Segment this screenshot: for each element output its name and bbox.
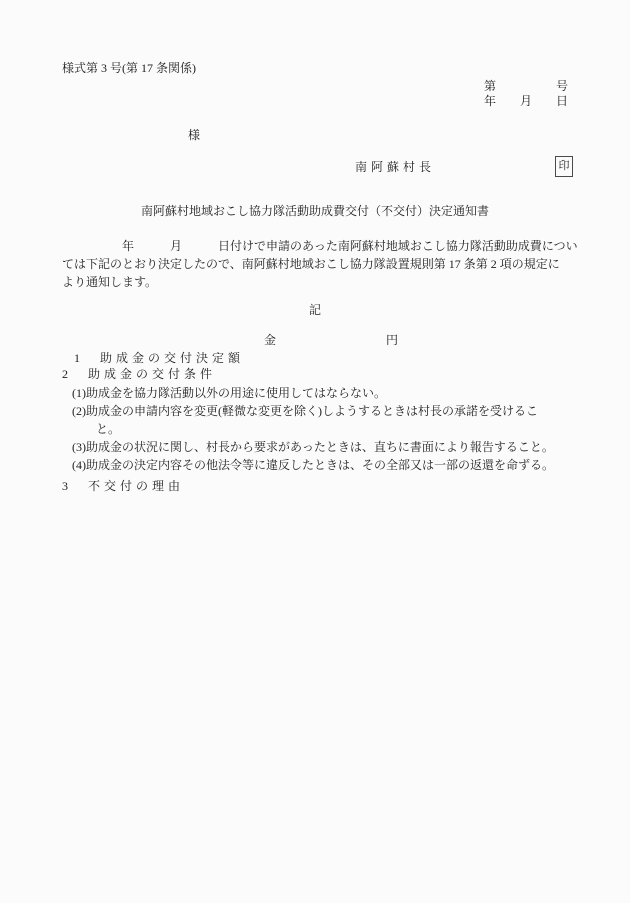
condition-line-4: (4)助成金の決定内容その他法令等に違反したときは、その全部又は一部の返還を命ず… xyxy=(72,456,554,474)
condition-line-2: (2)助成金の申請内容を変更(軽微な変更を除く)しようするときは村長の承諾を受け… xyxy=(72,402,538,420)
sender-name: 南阿蘇村長 xyxy=(355,158,435,176)
seal-mark: 印 xyxy=(555,156,573,177)
condition-line-3: (3)助成金の状況に関し、村長から要求があったときは、直ちに書面により報告するこ… xyxy=(72,438,554,456)
amount-unit: 円 xyxy=(386,331,398,349)
body-paragraph-line-1: 年 月 日付けで申請のあった南阿蘇村地域おこし協力隊活動助成費につい xyxy=(62,237,578,255)
section-2-heading: 2 助成金の交付条件 xyxy=(62,365,216,383)
document-number-line: 第 号 xyxy=(484,79,568,93)
body-paragraph-line-3: より通知します。 xyxy=(62,273,157,291)
section-1-heading: 1 助成金の交付決定額 xyxy=(74,351,244,365)
section-3-heading: 3 不交付の理由 xyxy=(62,477,184,495)
document-title: 南阿蘇村地域おこし協力隊活動助成費交付（不交付）決定通知書 xyxy=(0,202,630,220)
notification-document-page: 様式第 3 号(第 17 条関係) 第 号 年 月 日 様 南阿蘇村長 印 南阿… xyxy=(0,0,630,903)
condition-line-1: (1)助成金を協力隊活動以外の用途に使用してはならない。 xyxy=(72,384,386,402)
record-marker: 記 xyxy=(0,301,630,319)
form-number: 様式第 3 号(第 17 条関係) xyxy=(62,59,196,77)
amount-prefix: 金 xyxy=(264,331,276,349)
date-line: 年 月 日 xyxy=(484,94,568,108)
body-paragraph-line-2: ては下記のとおり決定したので、南阿蘇村地域おこし協力隊設置規則第 17 条第 2… xyxy=(62,255,560,273)
condition-line-2-wrap: と。 xyxy=(72,420,120,438)
addressee-suffix: 様 xyxy=(188,126,200,144)
